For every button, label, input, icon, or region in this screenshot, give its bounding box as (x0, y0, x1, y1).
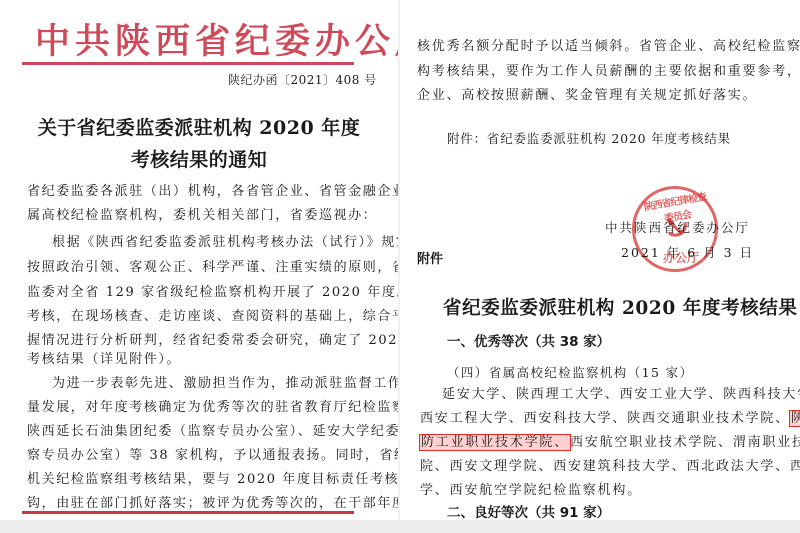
salutation-line: 属高校纪检监察机构，委机关相关部门，省委巡视办： (27, 206, 377, 226)
document-title-line1: 关于省纪委监委派驻机构 2020 年度 (0, 113, 398, 140)
right-page: 核优秀名额分配时予以适当倾斜。省管企业、高校纪检监察机 构考核结果，要作为工作人… (400, 0, 800, 520)
university-line: 延安大学、陕西理工大学、西安工业大学、陕西科技大学、 (442, 383, 800, 402)
attachment-note: 附件：省纪委监委派驻机构 2020 年度考核结果 (447, 129, 731, 147)
annex-label: 附件 (417, 248, 443, 267)
paragraph-line: 考核，在现场核查、走访座谈、查阅资料的基础上，综合平时掌 (27, 307, 398, 327)
section-heading-excellent: 一、优秀等次（共 38 家） (447, 330, 610, 350)
university-line: 西安工程大学、西安科技大学、陕西交通职业技术学院、陕西国 (420, 407, 800, 426)
highlighted-university: 陕西国 (790, 411, 800, 426)
university-line: 院、西安文理学院、西安建筑科技大学、西北政法大学、西北大 (420, 455, 800, 474)
subsection-heading: （四）省属高校纪检监察机构（15 家） (447, 363, 693, 381)
university-text: 西安航空职业技术学院、渭南职业技术学 (570, 435, 800, 450)
continuation-line: 构考核结果，要作为工作人员薪酬的主要依据和重要参考，由 (417, 60, 800, 79)
paragraph-line: 握情况进行分析研判，经省纪委常委会研究，确定了 2020 年度 (27, 331, 398, 351)
continuation-line: 核优秀名额分配时予以适当倾斜。省管企业、高校纪检监察机 (417, 35, 800, 54)
paragraph-line: 量发展，对年度考核确定为优秀等次的驻省教育厅纪检监察组、 (27, 398, 398, 418)
signature-date: 2021 年 6 月 3 日 (621, 243, 754, 261)
university-text: 西安工程大学、西安科技大学、陕西交通职业技术学院、 (420, 411, 790, 426)
continuation-line: 企业、高校按照薪酬、奖金管理有关规定抓好落实。 (417, 84, 757, 103)
footer-rule (22, 511, 354, 514)
university-line: 防工业职业技术学院、西安航空职业技术学院、渭南职业技术学 (420, 431, 800, 450)
salutation-line: 省纪委监委各派驻（出）机构，各省管企业、省管金融企业和省 (27, 182, 398, 202)
highlighted-university: 防工业职业技术学院、 (420, 435, 570, 450)
paragraph-line: 察专员办公室）等 38 家机构，予以通报表扬。同时，省级党政 (27, 446, 398, 466)
signature-org: 中共陕西省纪委办公厅 (605, 218, 750, 236)
university-text: 延安大学、陕西理工大学、西安工业大学、陕西科技大学、 (442, 387, 800, 402)
masthead: 中共陕西省纪委办公厅 (35, 14, 398, 64)
masthead-rule (22, 62, 354, 65)
document-title-line2: 考核结果的通知 (0, 145, 398, 172)
paragraph-line: 陕西延长石油集团纪委（监察专员办公室）、延安大学纪委（监 (27, 422, 398, 442)
university-text: 学、西安航空学院纪检监察机构。 (420, 483, 642, 498)
paragraph-line: 为进一步表彰先进、激励担当作为，推动派驻监督工作高质 (52, 374, 398, 394)
left-page: 中共陕西省纪委办公厅 陕纪办函〔2021〕408 号 关于省纪委监委派驻机构 2… (0, 0, 398, 520)
document-number: 陕纪办函〔2021〕408 号 (228, 71, 377, 88)
bottom-margin (0, 520, 800, 533)
section-heading-good: 二、良好等次（共 91 家） (447, 501, 610, 520)
paragraph-line: 考核结果（详见附件）。 (27, 350, 181, 370)
paragraph-line: 机关纪检监察组考核结果，要与 2020 年度目标责任考核奖金挂 (27, 470, 398, 490)
university-text: 院、西安文理学院、西安建筑科技大学、西北政法大学、西北大 (420, 459, 800, 474)
annex-title: 省纪委监委派驻机构 2020 年度考核结果 (443, 294, 797, 320)
paragraph-line: 监委对全省 129 家省级纪检监察机构开展了 2020 年度履职情况 (27, 283, 398, 303)
paragraph-line: 按照政治引领、客观公正、科学严谨、注重实绩的原则，省纪委 (27, 258, 398, 278)
university-line: 学、西安航空学院纪检监察机构。 (420, 479, 642, 498)
paragraph-line: 根据《陕西省纪委监委派驻机构考核办法（试行）》规定， (52, 233, 398, 253)
